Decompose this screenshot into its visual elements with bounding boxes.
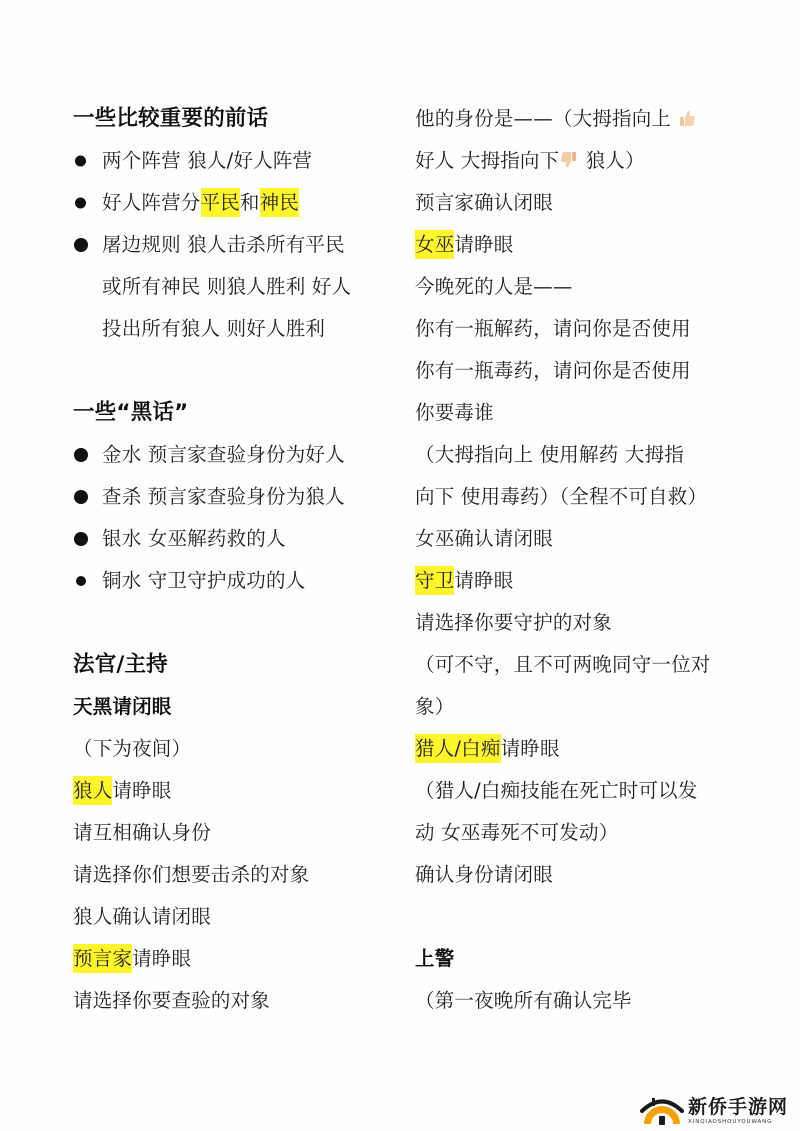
section-title-slang: 一些“黑话” — [73, 392, 403, 434]
highlight-role: 守卫 — [415, 566, 454, 595]
script-line: （猎人/白痴技能在死亡时可以发 — [415, 770, 745, 812]
script-line: 预言家请睁眼 — [73, 938, 403, 980]
highlight-role: 女巫 — [415, 230, 454, 259]
bullet-icon — [75, 198, 86, 209]
script-line: 你要毒谁 — [415, 392, 745, 434]
bullet-icon — [74, 238, 88, 252]
script-line: 女巫确认请闭眼 — [415, 518, 745, 560]
script-line: 动 女巫毒死不可发动） — [415, 812, 745, 854]
list-item-continuation: 投出所有狼人 则好人胜利 — [73, 308, 403, 350]
script-line: 预言家确认闭眼 — [415, 182, 745, 224]
highlight-civilian: 平民 — [201, 188, 240, 217]
script-line: 守卫请睁眼 — [415, 560, 745, 602]
watermark: 新侨手游网 XINQIAOSHOUYOUWANG — [640, 1090, 800, 1131]
section-title-sheriff: 上警 — [415, 938, 745, 980]
left-column: 一些比较重要的前话 两个阵营 狼人/好人阵营 好人阵营分平民和神民 屠边规则 狼… — [73, 98, 403, 1022]
watermark-subtitle: XINQIAOSHOUYOUWANG — [688, 1118, 788, 1126]
list-item-continuation: 或所有神民 则狼人胜利 好人 — [73, 266, 403, 308]
script-line: 好人 大拇指向下 狼人） — [415, 140, 745, 182]
script-line: 你有一瓶解药，请问你是否使用 — [415, 308, 745, 350]
thumbs-down-icon — [559, 143, 579, 163]
script-line: 他的身份是——（大拇指向上 — [415, 98, 745, 140]
script-line: （第一夜晚所有确认完毕 — [415, 980, 745, 1022]
bullet-icon — [74, 490, 88, 504]
list-item: 金水 预言家查验身份为好人 — [73, 434, 403, 476]
section-title-judge: 法官/主持 — [73, 644, 403, 686]
highlight-role: 预言家 — [73, 944, 132, 973]
script-line: 狼人确认请闭眼 — [73, 896, 403, 938]
script-line: 请互相确认身份 — [73, 812, 403, 854]
script-line: 请选择你要查验的对象 — [73, 980, 403, 1022]
bullet-icon — [76, 576, 86, 586]
script-line: 请选择你要守护的对象 — [415, 602, 745, 644]
thumbs-up-icon — [677, 101, 697, 121]
section-subtitle-night: 天黑请闭眼 — [73, 686, 403, 728]
bullet-icon — [75, 156, 86, 167]
script-line: 狼人请睁眼 — [73, 770, 403, 812]
bullet-icon — [74, 448, 88, 462]
house-logo-icon — [640, 1094, 684, 1128]
script-line: 猎人/白痴请睁眼 — [415, 728, 745, 770]
script-line: 象） — [415, 686, 745, 728]
list-item: 银水 女巫解药救的人 — [73, 518, 403, 560]
script-line: 确认身份请闭眼 — [415, 854, 745, 896]
script-line: 你有一瓶毒药，请问你是否使用 — [415, 350, 745, 392]
list-item: 两个阵营 狼人/好人阵营 — [73, 140, 403, 182]
script-line: （可不守，且不可两晚同守一位对 — [415, 644, 745, 686]
section-title-preface: 一些比较重要的前话 — [73, 98, 403, 140]
highlight-role: 猎人/白痴 — [415, 734, 501, 763]
highlight-god: 神民 — [260, 188, 299, 217]
list-item: 铜水 守卫守护成功的人 — [73, 560, 403, 602]
script-line: 今晚死的人是—— — [415, 266, 745, 308]
bullet-icon — [74, 532, 88, 546]
right-column: 他的身份是——（大拇指向上 好人 大拇指向下 狼人） 预言家确认闭眼 女巫请睁眼… — [415, 98, 745, 1022]
script-line: 向下 使用毒药）（全程不可自救） — [415, 476, 745, 518]
highlight-role: 狼人 — [73, 776, 112, 805]
list-item: 好人阵营分平民和神民 — [73, 182, 403, 224]
list-item: 屠边规则 狼人击杀所有平民 — [73, 224, 403, 266]
script-line: 请选择你们想要击杀的对象 — [73, 854, 403, 896]
script-line: （下为夜间） — [73, 728, 403, 770]
script-line: （大拇指向上 使用解药 大拇指 — [415, 434, 745, 476]
script-line: 女巫请睁眼 — [415, 224, 745, 266]
watermark-title: 新侨手游网 — [688, 1096, 788, 1118]
list-item: 查杀 预言家查验身份为狼人 — [73, 476, 403, 518]
